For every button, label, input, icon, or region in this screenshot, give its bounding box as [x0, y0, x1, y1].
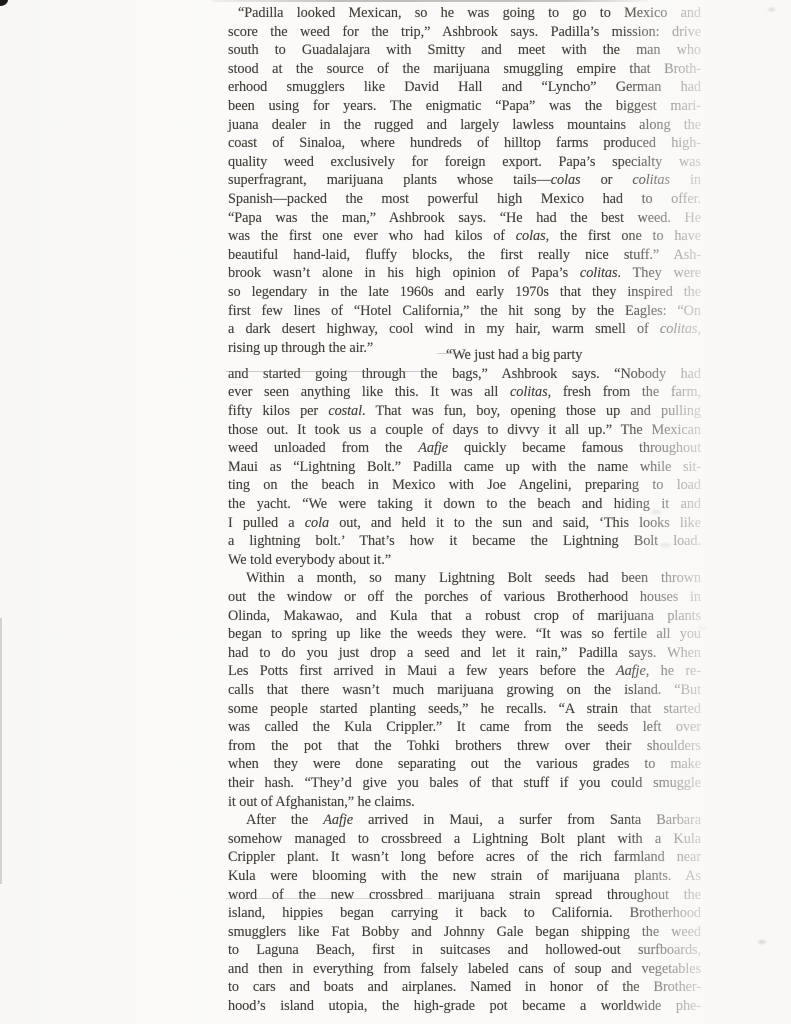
text-line: was the first one ever who had kilos of … — [228, 227, 701, 246]
scan-speck — [758, 940, 766, 944]
text-line: smugglers like Fat Bobby and Johnny Gale… — [228, 923, 701, 942]
scan-speck — [660, 543, 671, 547]
text-line: and started going through the bags,” Ash… — [228, 365, 701, 384]
text-line: ever seen anything like this. It was all… — [228, 383, 701, 402]
scan-speck — [652, 510, 661, 514]
text-line: quality weed exclusively for foreign exp… — [228, 153, 701, 172]
text-line: was called the Kula Crippler.” It came f… — [228, 718, 701, 737]
scan-speck — [768, 8, 775, 11]
text-line: to cars and boats and airplanes. Named i… — [228, 978, 701, 997]
text-line: erhood smugglers like David Hall and “Ly… — [228, 78, 701, 97]
text-line: their hash. “They’d give you bales of th… — [228, 774, 701, 793]
text-line: a dark desert highway, cool wind in my h… — [228, 320, 701, 339]
text-line: somehow managed to crossbreed a Lightnin… — [228, 830, 701, 849]
text-line: stood at the source of the marijuana smu… — [228, 60, 701, 79]
text-line: Maui as “Lightning Bolt.” Padilla came u… — [228, 458, 701, 477]
text-line: “Padilla looked Mexican, so he was going… — [228, 4, 701, 23]
text-line: so legendary in the late 1960s and early… — [228, 283, 701, 302]
text-line: been using for years. The enigmatic “Pap… — [228, 97, 701, 116]
text-line: After the Aafje arrived in Maui, a surfe… — [228, 811, 701, 830]
text-line: calls that there wasn’t much marijuana g… — [228, 681, 701, 700]
text-line: juana dealer in the rugged and largely l… — [228, 116, 701, 135]
text-line: I pulled a cola out, and held it to the … — [228, 514, 701, 533]
text-line: “Papa was the man,” Ashbrook says. “He h… — [228, 209, 701, 228]
text-line: it out of Afghanistan,” he claims. — [228, 793, 701, 812]
text-line: Crippler plant. It wasn’t long before ac… — [228, 848, 701, 867]
text-line: beautiful hand-laid, fluffy blocks, the … — [228, 246, 701, 265]
text-line: weed unloaded from the Aafje quickly bec… — [228, 439, 701, 458]
text-column: “Padilla looked Mexican, so he was going… — [228, 4, 701, 1016]
text-line: some people started planting seeds,” he … — [228, 700, 701, 719]
scan-edge-shade — [0, 618, 2, 884]
text-line: from the pot that the Tohki brothers thr… — [228, 737, 701, 756]
text-line: had to do you just drop a seed and let i… — [228, 644, 701, 663]
text-line: superfragrant, marijuana plants whose ta… — [228, 171, 701, 190]
scan-crease — [226, 371, 435, 372]
text-line: word of the new crossbred marijuana stra… — [228, 886, 701, 905]
text-line: Olinda, Makawao, and Kula that a robust … — [228, 607, 701, 626]
text-line: hood’s island utopia, the high-grade pot… — [228, 997, 701, 1016]
scan-corner-mark — [0, 0, 8, 6]
text-line: south to Guadalajara with Smitty and mee… — [228, 41, 701, 60]
page-edge-shadow — [212, 0, 648, 2]
text-line: Les Potts first arrived in Maui a few ye… — [228, 662, 701, 681]
text-line: first few lines of “Hotel California,” t… — [228, 302, 701, 321]
text-line: Kula were blooming with the new strain o… — [228, 867, 701, 886]
text-line: score the weed for the trip,” Ashbrook s… — [228, 23, 701, 42]
text-line: We told everybody about it.” — [228, 551, 701, 570]
text-line: those out. It took us a couple of days t… — [228, 421, 701, 440]
scan-crease — [437, 353, 470, 354]
book-page-scan: “Padilla looked Mexican, so he was going… — [0, 0, 791, 1024]
text-line: to Laguna Beach, first in suitcases and … — [228, 941, 701, 960]
text-line: when they were done separating out the v… — [228, 755, 701, 774]
scan-crease — [226, 898, 432, 899]
text-line: Within a month, so many Lightning Bolt s… — [228, 569, 701, 588]
text-line: out the window or off the porches of var… — [228, 588, 701, 607]
text-line: the yacht. “We were taking it down to th… — [228, 495, 701, 514]
text-line: fifty kilos per costal. That was fun, bo… — [228, 402, 701, 421]
text-line: island, hippies began carrying it back t… — [228, 904, 701, 923]
text-line: and then in everything from falsely labe… — [228, 960, 701, 979]
text-line: ting on the beach in Mexico with Joe Ang… — [228, 476, 701, 495]
text-line: Spanish—packed the most powerful high Me… — [228, 190, 701, 209]
text-line: coast of Sinaloa, where hundreds of hill… — [228, 134, 701, 153]
scan-speck — [698, 626, 707, 631]
text-line: brook wasn’t alone in his high opinion o… — [228, 264, 701, 283]
text-line: began to spring up like the weeds they w… — [228, 625, 701, 644]
text-line: a lightning bolt.’ That’s how it became … — [228, 532, 701, 551]
